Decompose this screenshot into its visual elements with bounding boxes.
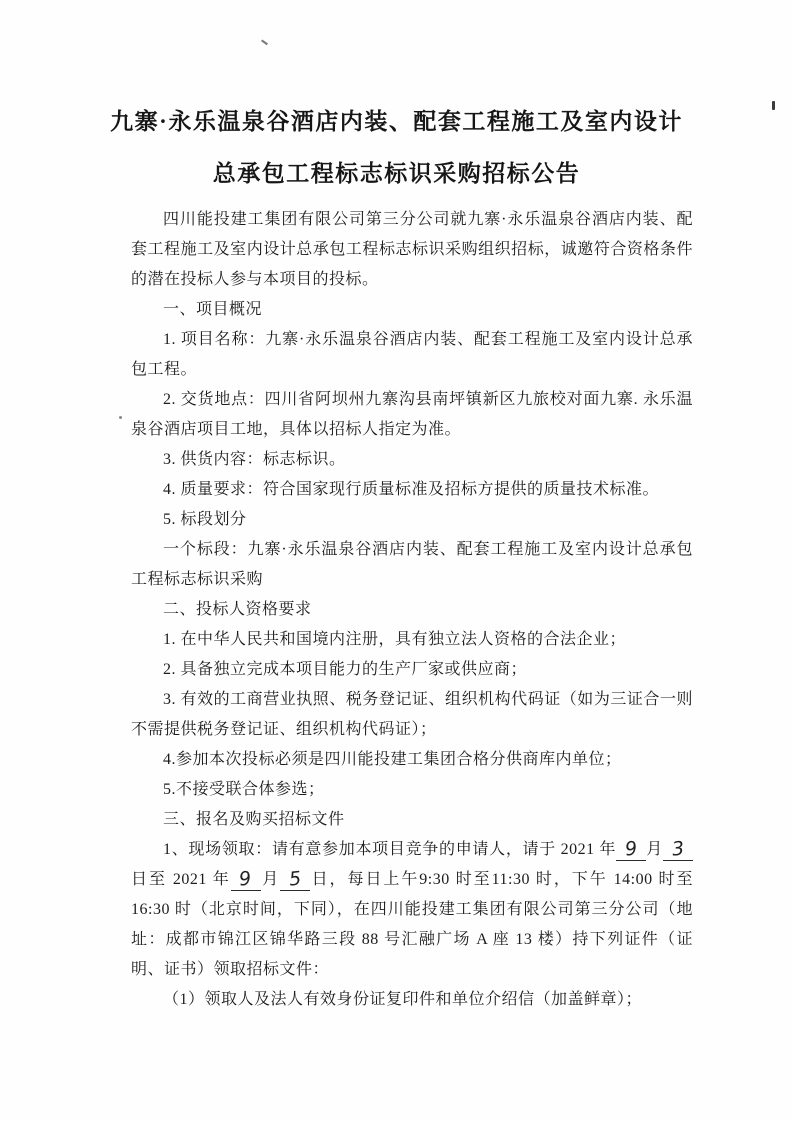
- item-section-detail: 一个标段：九寨·永乐温泉谷酒店内装、配套工程施工及室内设计总承包工程标志标识采购: [131, 535, 693, 595]
- handwritten-end-day: 5: [288, 866, 303, 891]
- document-body: 四川能投建工集团有限公司第三分公司就九寨·永乐温泉谷酒店内装、配套工程施工及室内…: [131, 205, 693, 1015]
- scan-artifact: [119, 416, 122, 419]
- heading-project-overview: 一、项目概况: [131, 295, 693, 325]
- end-day-blank: 5: [280, 866, 310, 891]
- start-month-blank: 9: [616, 836, 646, 861]
- pickup-mid3-text: 月: [261, 871, 280, 888]
- document-page: 九寨·永乐温泉谷酒店内装、配套工程施工及室内设计 总承包工程标志标识采购招标公告…: [0, 0, 793, 1121]
- pickup-prefix-text: 1、现场领取：请有意参加本项目竞争的申请人，请于 2021 年: [163, 841, 616, 858]
- item-pickup-document-1: （1）领取人及法人有效身份证复印件和单位介绍信（加盖鲜章）；: [131, 985, 693, 1015]
- item-supply-content: 3. 供货内容：标志标识。: [131, 445, 693, 475]
- item-section-division: 5. 标段划分: [131, 505, 693, 535]
- heading-registration: 三、报名及购买招标文件: [131, 805, 693, 835]
- handwritten-end-month: 9: [238, 866, 253, 891]
- document-title-line2: 总承包工程标志标识采购招标公告: [0, 148, 793, 200]
- scan-artifact: [261, 34, 272, 45]
- end-month-blank: 9: [231, 866, 261, 891]
- item-qualification-5: 5.不接受联合体参选；: [131, 775, 693, 805]
- item-delivery-location: 2. 交货地点：四川省阿坝州九寨沟县南坪镇新区九旅校对面九寨. 永乐温泉谷酒店项…: [131, 385, 693, 445]
- item-qualification-3: 3. 有效的工商营业执照、税务登记证、组织机构代码证（如为三证合一则不需提供税务…: [131, 685, 693, 745]
- item-qualification-2: 2. 具备独立完成本项目能力的生产厂家或供应商；: [131, 655, 693, 685]
- item-qualification-4: 4.参加本次投标必须是四川能投建工集团合格分供商库内单位；: [131, 745, 693, 775]
- handwritten-start-month: 9: [624, 836, 639, 861]
- paragraph-onsite-pickup: 1、现场领取：请有意参加本项目竞争的申请人，请于 2021 年9月3日至 202…: [131, 835, 693, 985]
- item-project-name: 1. 项目名称：九寨·永乐温泉谷酒店内装、配套工程施工及室内设计总承包工程。: [131, 325, 693, 385]
- heading-bidder-qualification: 二、投标人资格要求: [131, 595, 693, 625]
- pickup-mid2-text: 日至 2021 年: [131, 871, 231, 888]
- item-quality-requirement: 4. 质量要求：符合国家现行质量标准及招标方提供的质量技术标准。: [131, 475, 693, 505]
- start-day-blank: 3: [663, 836, 693, 861]
- document-title: 九寨·永乐温泉谷酒店内装、配套工程施工及室内设计 总承包工程标志标识采购招标公告: [0, 96, 793, 200]
- document-title-line1: 九寨·永乐温泉谷酒店内装、配套工程施工及室内设计: [0, 96, 793, 148]
- item-qualification-1: 1. 在中华人民共和国境内注册，具有独立法人资格的合法企业；: [131, 625, 693, 655]
- handwritten-start-day: 3: [671, 836, 686, 861]
- paragraph-intro: 四川能投建工集团有限公司第三分公司就九寨·永乐温泉谷酒店内装、配套工程施工及室内…: [131, 205, 693, 295]
- pickup-mid1-text: 月: [646, 841, 663, 858]
